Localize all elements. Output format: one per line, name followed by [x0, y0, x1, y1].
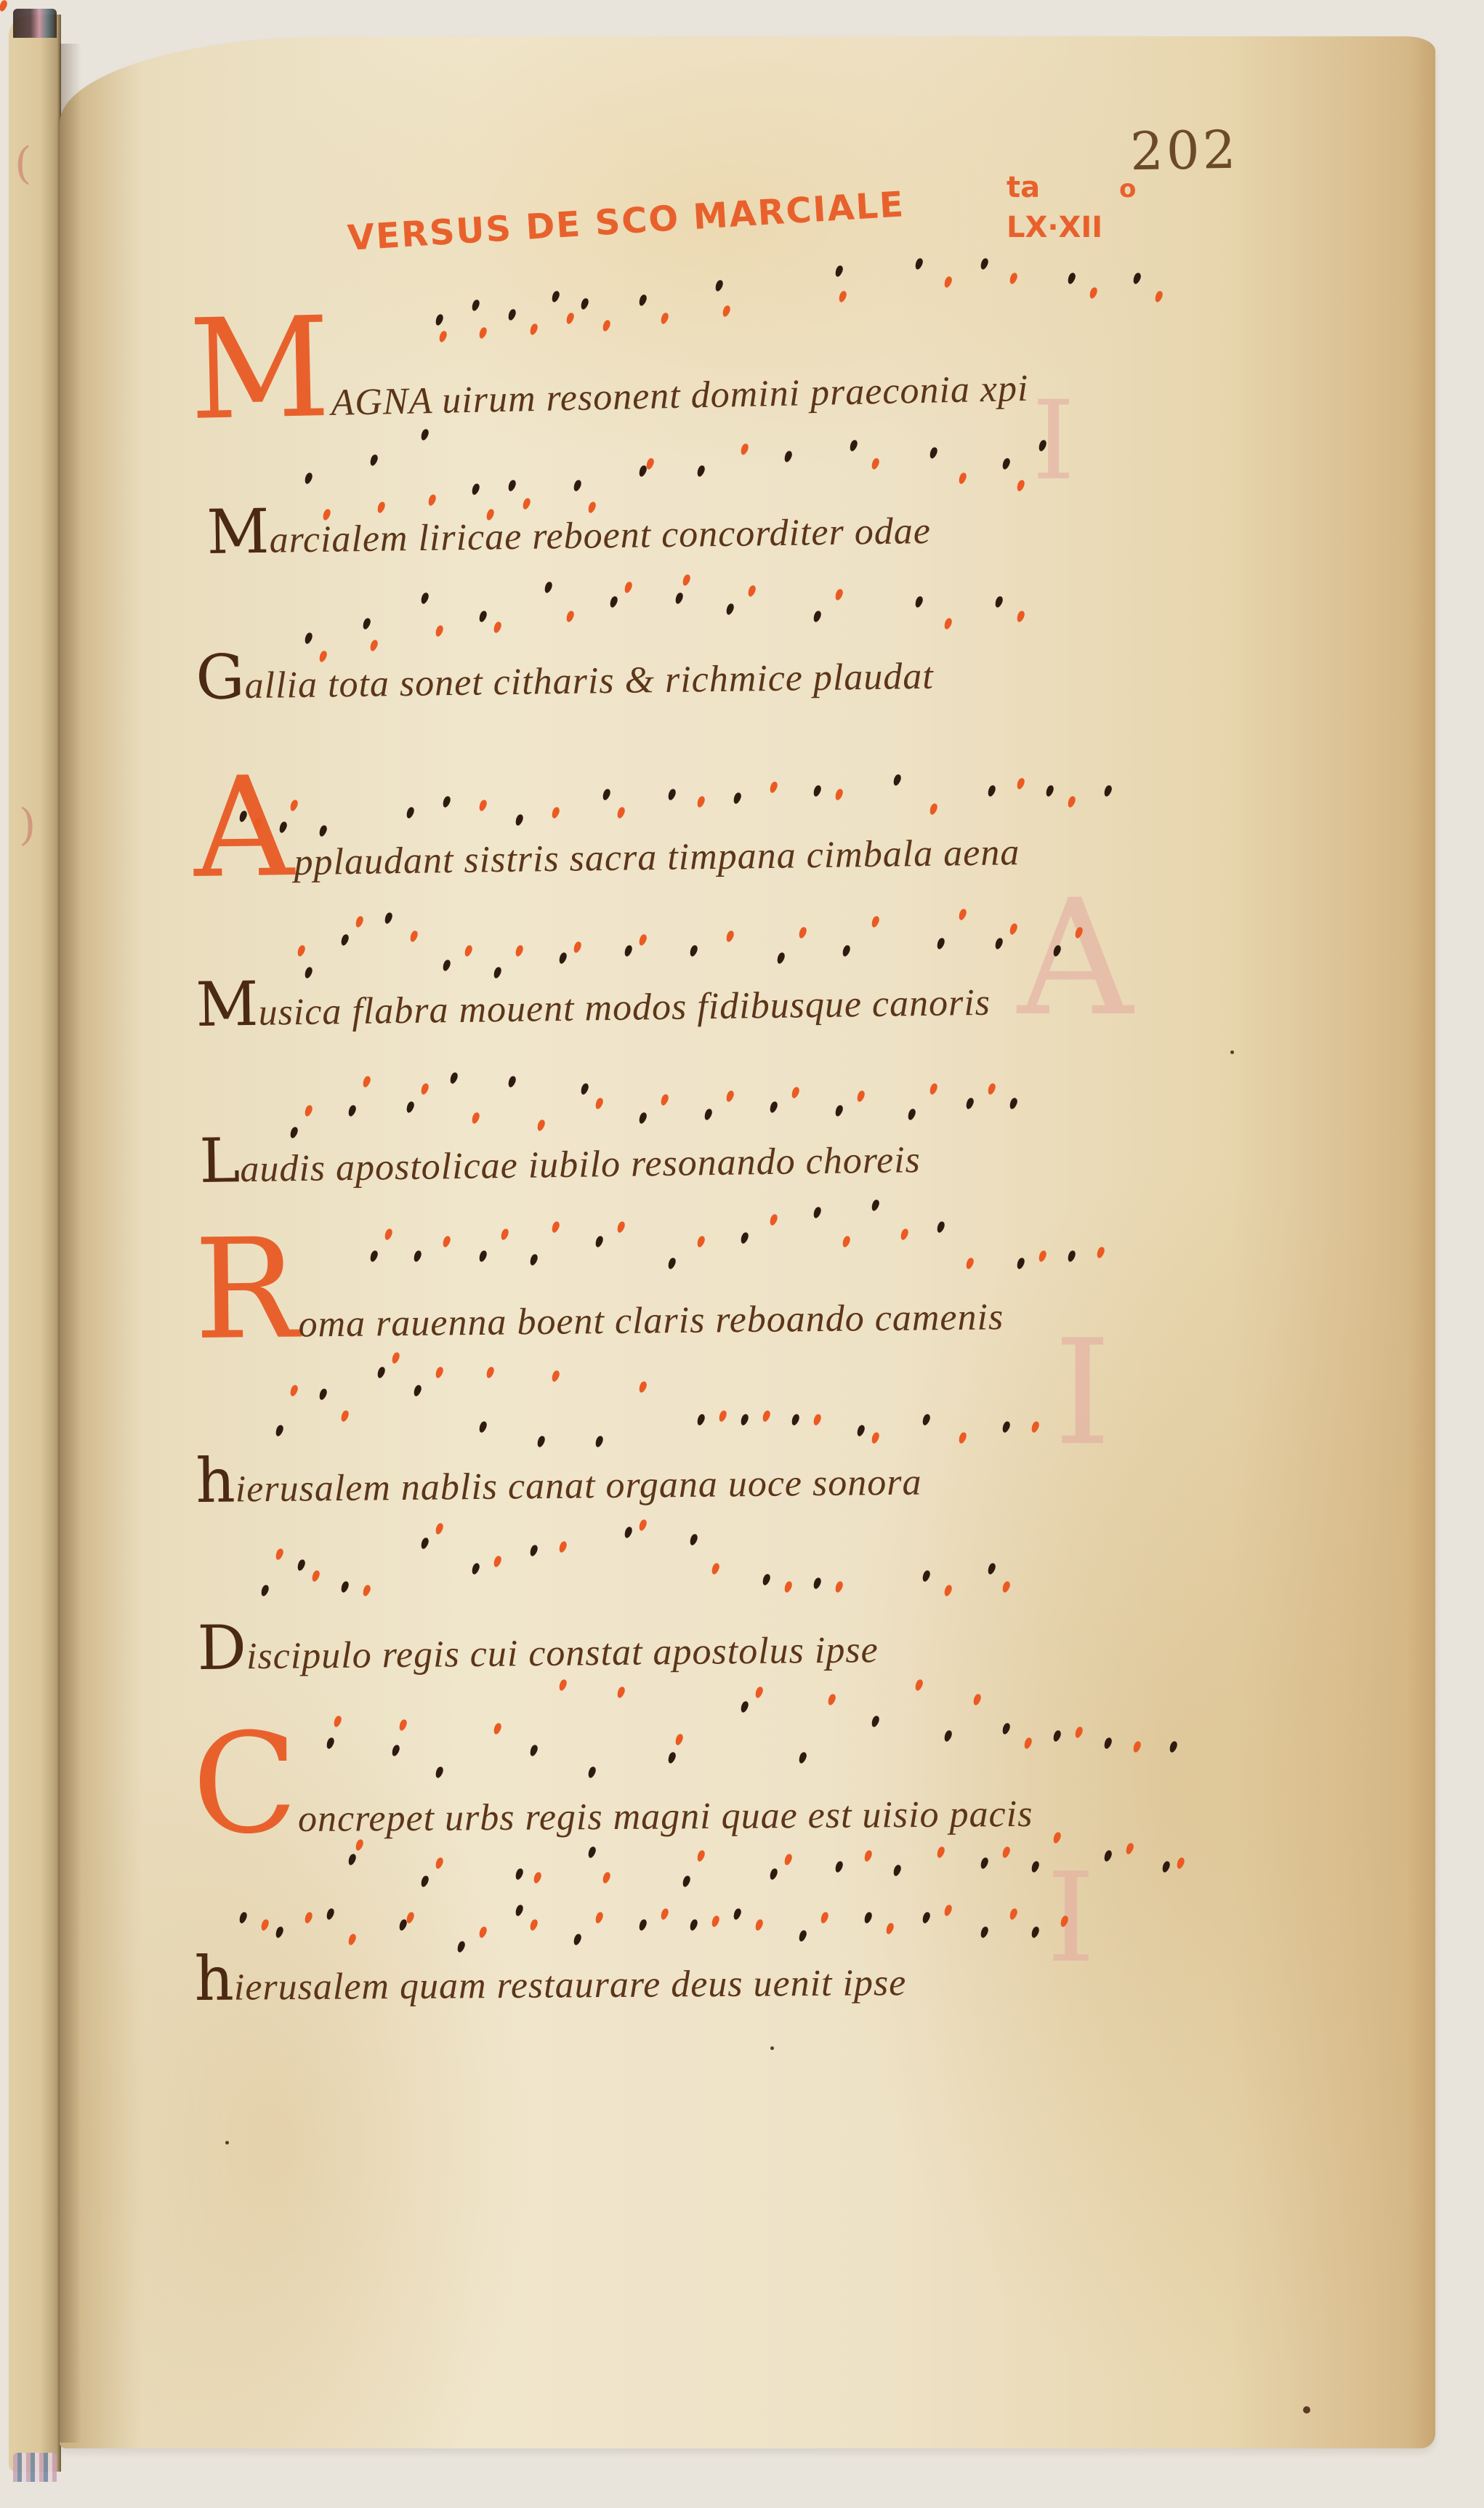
- verse-text: AGNA uirum resonent domini praeconia xpi: [331, 368, 1029, 424]
- verse-line-6: Laudis apostolicae iubilo resonando chor…: [199, 1120, 921, 1191]
- rubric-superscript: o: [1119, 174, 1136, 204]
- verse-line-3: Gallia tota sonet citharis & richmice pl…: [195, 637, 934, 708]
- bookmark-ribbon-top: [13, 9, 57, 38]
- verse-initial: A: [193, 758, 294, 898]
- show-through-letter: I: [1047, 1846, 1095, 1990]
- verse-line-4: Applaudant sistris sacra timpana cimbala…: [193, 748, 1020, 898]
- verse-initial: R: [193, 1221, 299, 1359]
- verse-initial: M: [187, 299, 331, 440]
- bookmark-ribbon-bottom: [13, 2453, 57, 2482]
- verse-text: ierusalem nablis canat organa uoce sonor…: [235, 1462, 922, 1511]
- facing-page-mark: ): [19, 800, 36, 851]
- verse-initial: D: [197, 1617, 246, 1679]
- verse-initial: L: [199, 1130, 241, 1191]
- verse-line-11: hierusalem quam restaurare deus uenit ip…: [194, 1943, 906, 2009]
- verse-line-8: hierusalem nablis canat organa uoce sono…: [195, 1443, 922, 1511]
- facing-page-edge: ( ): [9, 15, 61, 2472]
- rubric-superscript: ta: [1007, 171, 1040, 204]
- verse-text: allia tota sonet citharis & richmice pla…: [244, 656, 934, 707]
- verse-text: ierusalem quam restaurare deus uenit ips…: [234, 1962, 907, 2008]
- verse-text: audis apostolicae iubilo resonando chore…: [240, 1139, 921, 1190]
- rubric-number: LX·XII: [1007, 211, 1102, 244]
- verse-initial: C: [192, 1715, 299, 1854]
- verse-text: arcialem liricae reboent concorditer oda…: [269, 510, 931, 561]
- ink-speck: [225, 2141, 229, 2145]
- show-through-letter: A: [1017, 865, 1133, 1051]
- verse-line-1: MAGNA uirum resonent domini praeconia xp…: [187, 284, 1029, 440]
- verse-text: iscipulo regis cui constat apostolus ips…: [246, 1629, 879, 1677]
- verse-text: oma rauenna boent claris reboando cameni…: [298, 1296, 1004, 1345]
- verse-line-9: Discipulo regis cui constat apostolus ip…: [197, 1610, 879, 1679]
- verse-initial: M: [195, 973, 259, 1035]
- verse-line-2: Marcialem liricae reboent concorditer od…: [206, 491, 931, 563]
- verse-text: oncrepet urbs regis magni quae est uisio…: [298, 1793, 1033, 1840]
- verse-initial: h: [195, 1450, 235, 1511]
- verse-line-5: Musica flabra mouent modos fidibusque ca…: [195, 963, 991, 1035]
- verse-initial: M: [206, 501, 270, 563]
- verse-initial: h: [194, 1948, 234, 2009]
- gutter-shadow: [60, 44, 81, 2443]
- folio-number: 202: [1129, 119, 1239, 182]
- show-through-letter: I: [1032, 378, 1075, 505]
- facing-page-mark: (: [15, 138, 31, 189]
- verse-text: pplaudant sistris sacra timpana cimbala …: [294, 832, 1020, 883]
- ink-speck: [770, 2046, 774, 2050]
- show-through-letter: I: [1054, 1309, 1111, 1478]
- verse-initial: G: [195, 646, 245, 708]
- verse-line-10: Concrepet urbs regis magni quae est uisi…: [192, 1710, 1033, 1854]
- ink-speck: [1230, 1050, 1234, 1054]
- ink-speck: [1303, 2406, 1310, 2413]
- verse-line-7: Roma rauenna boent claris reboando camen…: [193, 1213, 1004, 1359]
